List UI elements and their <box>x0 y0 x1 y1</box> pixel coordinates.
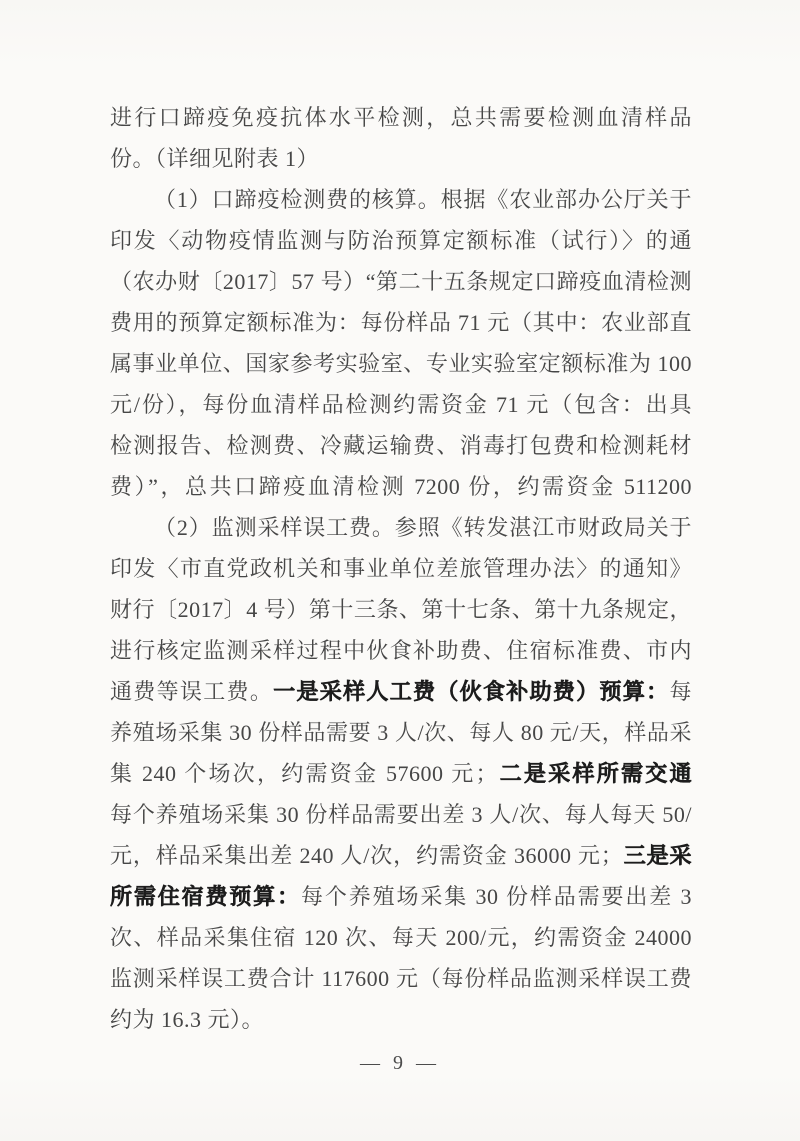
text-line: 约为 16.3 元）。 <box>110 999 692 1040</box>
body-text: 集 240 个场次，约需资金 57600 元； <box>110 761 498 786</box>
document-body: 进行口蹄疫免疫抗体水平检测，总共需要检测血清样品 7200份。（详细见附表 1）… <box>110 97 692 1040</box>
text-line: 元/份），每份血清样品检测约需资金 71 元（包含：出具 CMA <box>110 384 692 425</box>
body-text: 进行口蹄疫免疫抗体水平检测，总共需要检测血清样品 7200 <box>110 105 692 138</box>
text-line: 所需住宿费预算：每个养殖场采集 30 份样品需要出差 3 人/ <box>110 876 692 917</box>
body-text: （农办财〔2017〕57 号）“第二十五条规定口蹄疫血清检测 <box>110 269 692 294</box>
text-line: 印发〈动物疫情监测与防治预算定额标准（试行）〉的通知》 <box>110 220 692 261</box>
text-line: 财行〔2017〕4 号）第十三条、第十七条、第十九条规定， <box>110 589 692 630</box>
body-text: 印发〈市直党政机关和事业单位差旅管理办法〉的通知》（遂 <box>110 556 692 589</box>
body-text: 次、样品采集住宿 120 次、每天 200/元，约需资金 24000 元。 <box>110 925 692 958</box>
body-text: 印发〈动物疫情监测与防治预算定额标准（试行）〉的通知》 <box>110 228 692 261</box>
text-line: 属事业单位、国家参考实验室、专业实验室定额标准为 100 <box>110 343 692 384</box>
emphasis-text: 所需住宿费预算： <box>110 884 301 909</box>
text-line: （农办财〔2017〕57 号）“第二十五条规定口蹄疫血清检测 <box>110 261 692 302</box>
text-line: 监测采样误工费合计 117600 元（每份样品监测采样误工费 <box>110 958 692 999</box>
text-line: 集 240 个场次，约需资金 57600 元；二是采样所需交通费： <box>110 753 692 794</box>
body-text: （2）监测采样误工费。参照《转发湛江市财政局关于 <box>154 515 692 540</box>
body-text: 每个养殖场采集 30 份样品需要出差 3 人/次、每人每天 50/ <box>110 802 692 827</box>
emphasis-text: 一是采样人工费（伙食补助费）预算： <box>273 679 669 704</box>
body-text: 财行〔2017〕4 号）第十三条、第十七条、第十九条规定， <box>110 597 692 622</box>
body-text: 养殖场采集 30 份样品需要 3 人/次、每人 80 元/天，样品采 <box>110 720 692 745</box>
page-number: — 9 — <box>0 1052 800 1075</box>
text-line: 进行核定监测采样过程中伙食补助费、住宿标准费、市内交 <box>110 630 692 671</box>
text-line: 养殖场采集 30 份样品需要 3 人/次、每人 80 元/天，样品采 <box>110 712 692 753</box>
body-text: 元/份），每份血清样品检测约需资金 71 元（包含：出具 CMA <box>110 392 692 425</box>
body-text: 费）”，总共口蹄疫血清检测 7200 份，约需资金 511200 元。 <box>110 474 692 507</box>
body-text: 元，样品采集出差 240 人/次，约需资金 36000 元； <box>110 843 623 868</box>
body-text: （1）口蹄疫检测费的核算。根据《农业部办公厅关于 <box>154 187 692 212</box>
body-text: 通费等误工费。 <box>110 679 273 704</box>
text-line: 进行口蹄疫免疫抗体水平检测，总共需要检测血清样品 7200 <box>110 97 692 138</box>
text-line: 次、样品采集住宿 120 次、每天 200/元，约需资金 24000 元。 <box>110 917 692 958</box>
text-line: 费）”，总共口蹄疫血清检测 7200 份，约需资金 511200 元。 <box>110 466 692 507</box>
text-line: 费用的预算定额标准为：每份样品 71 元（其中：农业部直 <box>110 302 692 343</box>
body-text: 监测采样误工费合计 117600 元（每份样品监测采样误工费 <box>110 966 692 991</box>
body-text: 费用的预算定额标准为：每份样品 71 元（其中：农业部直 <box>110 310 692 335</box>
text-line: 每个养殖场采集 30 份样品需要出差 3 人/次、每人每天 50/ <box>110 794 692 835</box>
body-text: 份。（详细见附表 1） <box>110 146 319 171</box>
text-line: 检测报告、检测费、冷藏运输费、消毒打包费和检测耗材 <box>110 425 692 466</box>
document-page: 进行口蹄疫免疫抗体水平检测，总共需要检测血清样品 7200份。（详细见附表 1）… <box>0 0 800 1141</box>
body-text: 约为 16.3 元）。 <box>110 1007 264 1032</box>
text-line: 元，样品采集出差 240 人/次，约需资金 36000 元；三是采样 <box>110 835 692 876</box>
body-text: 属事业单位、国家参考实验室、专业实验室定额标准为 100 <box>110 351 692 376</box>
text-line: 印发〈市直党政机关和事业单位差旅管理办法〉的通知》（遂 <box>110 548 692 589</box>
body-text: 进行核定监测采样过程中伙食补助费、住宿标准费、市内交 <box>110 638 692 671</box>
text-line: 份。（详细见附表 1） <box>110 138 692 179</box>
text-line: （2）监测采样误工费。参照《转发湛江市财政局关于 <box>110 507 692 548</box>
body-text: 检测报告、检测费、冷藏运输费、消毒打包费和检测耗材 <box>110 433 692 458</box>
text-line: （1）口蹄疫检测费的核算。根据《农业部办公厅关于 <box>110 179 692 220</box>
text-line: 通费等误工费。一是采样人工费（伙食补助费）预算：每个 <box>110 671 692 712</box>
